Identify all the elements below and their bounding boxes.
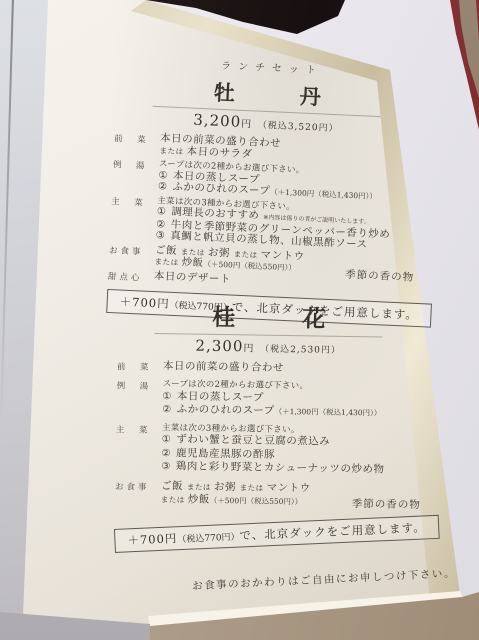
- label-dessert: 甜点心: [108, 268, 155, 283]
- label-main: 主 菜: [115, 422, 162, 474]
- or-label: または: [240, 483, 264, 492]
- price-amount: 2,300: [195, 337, 243, 356]
- row-appetizer: 前 菜 本日の前菜の盛り合わせ: [117, 359, 419, 377]
- or-label: または: [161, 495, 185, 504]
- menu-item-appetizer-platter: 本日の前菜の盛り合わせ: [163, 360, 419, 377]
- course-keika-rows: 前 菜 本日の前菜の盛り合わせ 例 湯 スープは次の2種からお選び下さい。 ①本…: [115, 359, 419, 510]
- course-botan-section: ランチセット 牡 丹 3,200円 （税込3,520円） 前 菜 本日の前菜の盛…: [106, 52, 420, 326]
- row-meal: お食事 ご飯 またはお粥 またはマントウ または炒飯（＋500円（税込550円）…: [115, 479, 417, 511]
- label-main: 主 菜: [110, 194, 158, 242]
- course-keika-title: 桂 花: [117, 297, 419, 335]
- course-botan-rows: 前 菜 本日の前菜の盛り合わせ または本日のサラダ 例 湯 スープは次の2種から…: [108, 131, 417, 295]
- label-meal: お食事: [108, 242, 155, 267]
- label-soup: 例 湯: [116, 378, 163, 416]
- seasonal-pickles: 季節の香の物: [352, 496, 421, 512]
- circled-1: ①: [162, 391, 172, 402]
- peking-duck-banner: ＋700円（税込770円）で、北京ダックをご用意します。: [114, 514, 439, 552]
- fried-rice-surcharge: （＋500円（税込550円））: [203, 259, 296, 272]
- circled-2: ②: [161, 448, 171, 459]
- circled-2: ②: [162, 404, 172, 415]
- menu-photo-scene: ランチセット 牡 丹 3,200円 （税込3,520円） 前 菜 本日の前菜の盛…: [0, 0, 479, 640]
- price-unit: 円: [243, 343, 254, 354]
- label-appetizer: 前 菜: [117, 359, 163, 373]
- fried-rice-surcharge: （＋500円（税込550円））: [210, 496, 303, 506]
- price-tax-included: （税込3,520円）: [258, 121, 339, 135]
- price-tax-included: （税込2,530円）: [260, 345, 341, 356]
- or-label: または: [234, 249, 258, 259]
- circled-2: ②: [158, 181, 168, 192]
- circled-3: ③: [156, 230, 166, 241]
- circled-1: ①: [157, 206, 167, 217]
- circled-1: ①: [162, 434, 172, 445]
- course-keika-price: 2,300円 （税込2,530円）: [117, 335, 419, 358]
- course-keika-section: 桂 花 2,300円 （税込2,530円） 前 菜 本日の前菜の盛り合わせ 例 …: [114, 297, 420, 547]
- label-appetizer: 前 菜: [113, 131, 160, 156]
- or-label: または: [154, 257, 178, 267]
- circled-3: ③: [161, 461, 171, 472]
- price-amount: 3,200: [193, 111, 242, 131]
- circled-2: ②: [156, 219, 166, 230]
- row-main: 主 菜 主菜は次の3種からお選び下さい。 ①ずわい蟹と蚕豆と豆腐の煮込み ②鹿児…: [115, 422, 418, 478]
- menu-item-sharkfin-soup: ②ふかのひれのスープ（＋1,300円（税込1,430円））: [162, 403, 418, 421]
- or-label: または: [159, 146, 183, 156]
- menu-item-chicken-cashew: ③鶏肉と彩り野菜とカシューナッツの炒め物: [161, 460, 417, 478]
- or-label: または: [181, 247, 205, 257]
- menu-content: ランチセット 牡 丹 3,200円 （税込3,520円） 前 菜 本日の前菜の盛…: [118, 0, 420, 640]
- row-soup: 例 湯 スープは次の2種からお選び下さい。 ①本日の蒸しスープ ②ふかのひれのス…: [116, 378, 419, 420]
- price-unit: 円: [241, 119, 252, 130]
- or-label: または: [187, 482, 211, 491]
- label-soup: 例 湯: [112, 157, 159, 193]
- circled-1: ①: [158, 170, 168, 181]
- sharkfin-surcharge: （＋1,300円（税込1,430円））: [275, 407, 382, 418]
- label-meal: お食事: [115, 479, 161, 507]
